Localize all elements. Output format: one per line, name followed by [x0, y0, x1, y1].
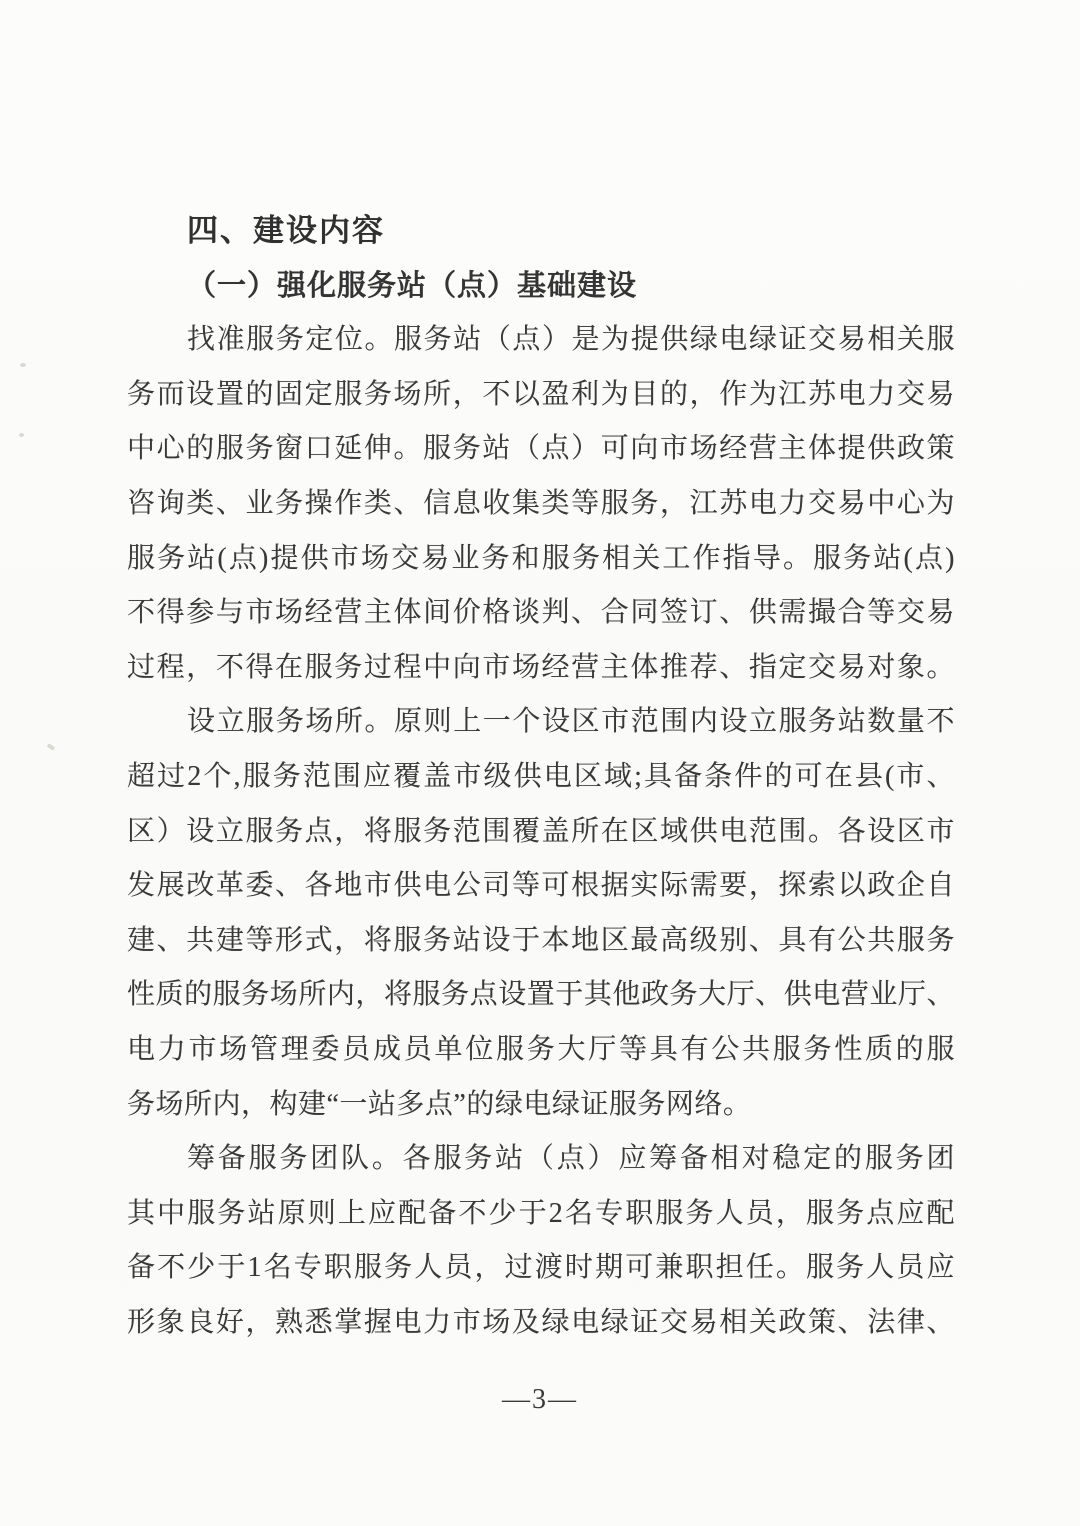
text-line: 设立服务场所。原则上一个设区市范围内设立服务站数量不	[127, 695, 955, 750]
page-number: —3—	[0, 1384, 1080, 1416]
text-line: 务场所内，构建“一站多点”的绿电绿证服务网络。	[127, 1078, 955, 1133]
text-line: 形象良好，熟悉掌握电力市场及绿电绿证交易相关政策、法律、	[127, 1296, 955, 1351]
scan-speck	[19, 433, 24, 437]
text-line: 咨询类、业务操作类、信息收集类等服务，江苏电力交易中心为	[127, 477, 955, 532]
text-line: 超过2个,服务范围应覆盖市级供电区域;具备条件的可在县(市、	[127, 750, 955, 805]
scan-speck	[47, 743, 56, 751]
section-heading: 四、建设内容	[127, 204, 955, 259]
text-line: 备不少于1名专职服务人员，过渡时期可兼职担任。服务人员应	[127, 1241, 955, 1296]
text-line: 电力市场管理委员成员单位服务大厅等具有公共服务性质的服	[127, 1023, 955, 1078]
text-line: 中心的服务窗口延伸。服务站（点）可向市场经营主体提供政策	[127, 422, 955, 477]
document-page: 四、建设内容（一）强化服务站（点）基础建设找准服务定位。服务站（点）是为提供绿电…	[0, 0, 1080, 1526]
text-line: 服务站(点)提供市场交易业务和服务相关工作指导。服务站(点)	[127, 532, 955, 587]
text-line: 找准服务定位。服务站（点）是为提供绿电绿证交易相关服	[127, 313, 955, 368]
scan-speck	[20, 363, 26, 367]
text-line: 区）设立服务点，将服务范围覆盖所在区域供电范围。各设区市	[127, 805, 955, 860]
text-line: 建、共建等形式，将服务站设于本地区最高级别、具有公共服务	[127, 914, 955, 969]
text-line: 过程，不得在服务过程中向市场经营主体推荐、指定交易对象。	[127, 641, 955, 696]
text-line: 务而设置的固定服务场所，不以盈利为目的，作为江苏电力交易	[127, 368, 955, 423]
subsection-heading: （一）强化服务站（点）基础建设	[127, 259, 955, 314]
document-body: 四、建设内容（一）强化服务站（点）基础建设找准服务定位。服务站（点）是为提供绿电…	[127, 204, 955, 1350]
text-line: 其中服务站原则上应配备不少于2名专职服务人员，服务点应配	[127, 1187, 955, 1242]
text-line: 发展改革委、各地市供电公司等可根据实际需要，探索以政企自	[127, 859, 955, 914]
text-line: 性质的服务场所内，将服务点设置于其他政务大厅、供电营业厅、	[127, 968, 955, 1023]
text-line: 不得参与市场经营主体间价格谈判、合同签订、供需撮合等交易	[127, 586, 955, 641]
text-line: 筹备服务团队。各服务站（点）应筹备相对稳定的服务团队，	[127, 1132, 955, 1187]
